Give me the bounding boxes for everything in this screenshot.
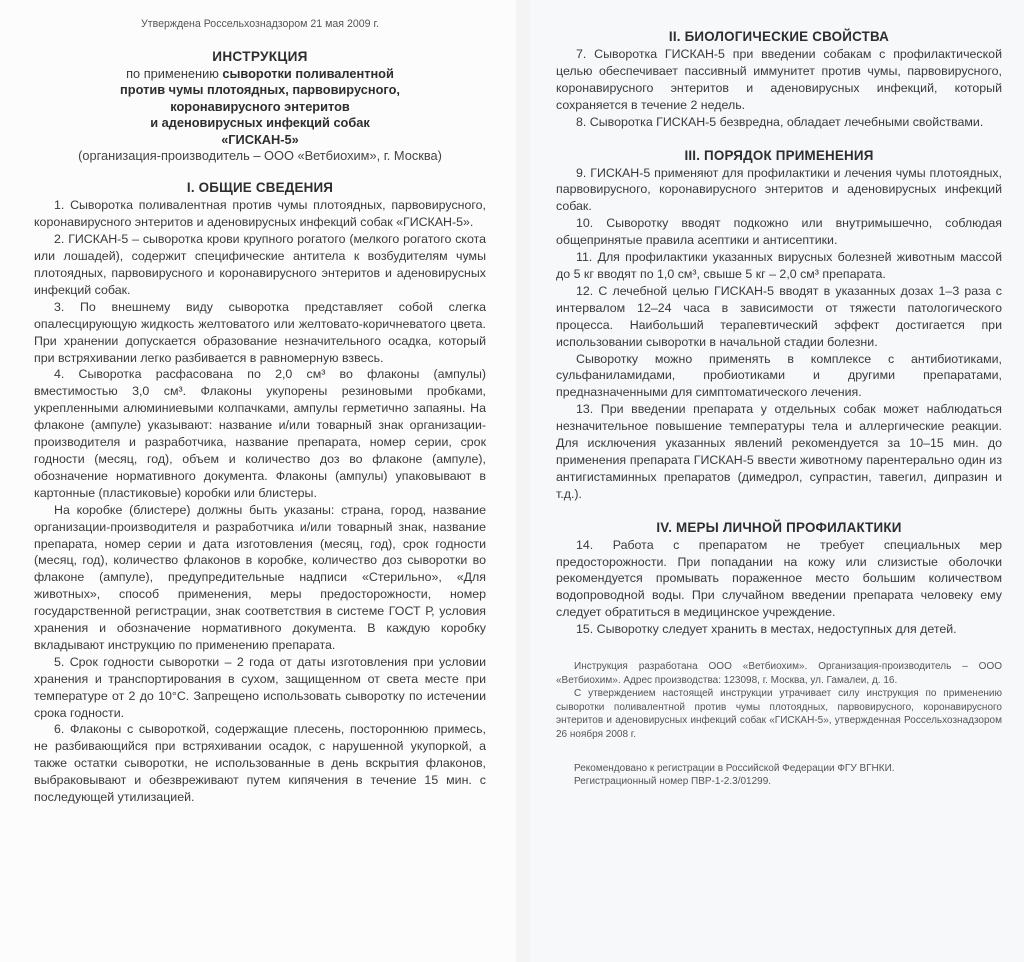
paragraph: 3. По внешнему виду сыворотка представля… bbox=[34, 299, 486, 367]
title-serum: сыворотки поливалентной bbox=[222, 66, 394, 81]
paragraph: 7. Сыворотка ГИСКАН-5 при введении собак… bbox=[556, 46, 1002, 114]
document-title: ИНСТРУКЦИЯ bbox=[34, 49, 486, 66]
section-heading-general: I. ОБЩИЕ СВЕДЕНИЯ bbox=[34, 179, 486, 197]
registration-number: Регистрационный номер ПВР-1-2.3/01299. bbox=[556, 775, 1002, 789]
title-line-3: коронавирусного энтеритов bbox=[34, 99, 486, 116]
title-block: ИНСТРУКЦИЯ по применению сыворотки полив… bbox=[34, 49, 486, 149]
section-usage: 9. ГИСКАН-5 применяют для профилактики и… bbox=[556, 165, 1002, 503]
paragraph: 10. Сыворотку вводят подкожно или внутри… bbox=[556, 215, 1002, 249]
title-line-1: по применению сыворотки поливалентной bbox=[34, 66, 486, 83]
registration-recommendation: Рекомендовано к регистрации в Российской… bbox=[556, 762, 1002, 776]
paragraph: 13. При введении препарата у отдельных с… bbox=[556, 401, 1002, 502]
right-column: II. БИОЛОГИЧЕСКИЕ СВОЙСТВА 7. Сыворотка … bbox=[556, 12, 1002, 789]
paragraph: 15. Сыворотку следует хранить в местах, … bbox=[556, 621, 1002, 638]
paragraph: 14. Работа с препаратом не требует специ… bbox=[556, 537, 1002, 622]
section-heading-personal-prevention: IV. МЕРЫ ЛИЧНОЙ ПРОФИЛАКТИКИ bbox=[556, 519, 1002, 537]
section-personal-prevention: 14. Работа с препаратом не требует специ… bbox=[556, 537, 1002, 638]
paragraph: 8. Сыворотка ГИСКАН-5 безвредна, обладае… bbox=[556, 114, 1002, 131]
paragraph: 9. ГИСКАН-5 применяют для профилактики и… bbox=[556, 165, 1002, 216]
paragraph: На коробке (блистере) должны быть указан… bbox=[34, 502, 486, 654]
paragraph: 6. Флаконы с сывороткой, содержащие плес… bbox=[34, 721, 486, 806]
registration-block: Рекомендовано к регистрации в Российской… bbox=[556, 762, 1002, 789]
product-name: «ГИСКАН-5» bbox=[34, 132, 486, 149]
title-line-4: и аденовирусных инфекций собак bbox=[34, 115, 486, 132]
paragraph: 4. Сыворотка расфасована по 2,0 см³ во ф… bbox=[34, 366, 486, 501]
section-heading-usage: III. ПОРЯДОК ПРИМЕНЕНИЯ bbox=[556, 147, 1002, 165]
section-general: 1. Сыворотка поливалентная против чумы п… bbox=[34, 197, 486, 806]
paragraph: 11. Для профилактики указанных вирусных … bbox=[556, 249, 1002, 283]
footnote: С утверждением настоящей инструкции утра… bbox=[556, 687, 1002, 741]
title-line-2: против чумы плотоядных, парвовирусного, bbox=[34, 82, 486, 99]
footnotes: Инструкция разработана ООО «Ветбиохим». … bbox=[556, 660, 1002, 742]
paragraph: 1. Сыворотка поливалентная против чумы п… bbox=[34, 197, 486, 231]
section-heading-biological: II. БИОЛОГИЧЕСКИЕ СВОЙСТВА bbox=[556, 28, 1002, 46]
left-column: Утверждена Россельхознадзором 21 мая 200… bbox=[34, 12, 486, 806]
title-prefix: по применению bbox=[126, 66, 222, 81]
paragraph: 5. Срок годности сыворотки – 2 года от д… bbox=[34, 654, 486, 722]
paragraph: Сыворотку можно применять в комплексе с … bbox=[556, 351, 1002, 402]
paragraph: 2. ГИСКАН-5 – сыворотка крови крупного р… bbox=[34, 231, 486, 299]
approval-note: Утверждена Россельхознадзором 21 мая 200… bbox=[34, 16, 486, 33]
producer-note: (организация-производитель – ООО «Ветбио… bbox=[34, 148, 486, 165]
section-biological: 7. Сыворотка ГИСКАН-5 при введении собак… bbox=[556, 46, 1002, 131]
footnote: Инструкция разработана ООО «Ветбиохим». … bbox=[556, 660, 1002, 687]
paragraph: 12. С лечебной целью ГИСКАН-5 вводят в у… bbox=[556, 283, 1002, 351]
